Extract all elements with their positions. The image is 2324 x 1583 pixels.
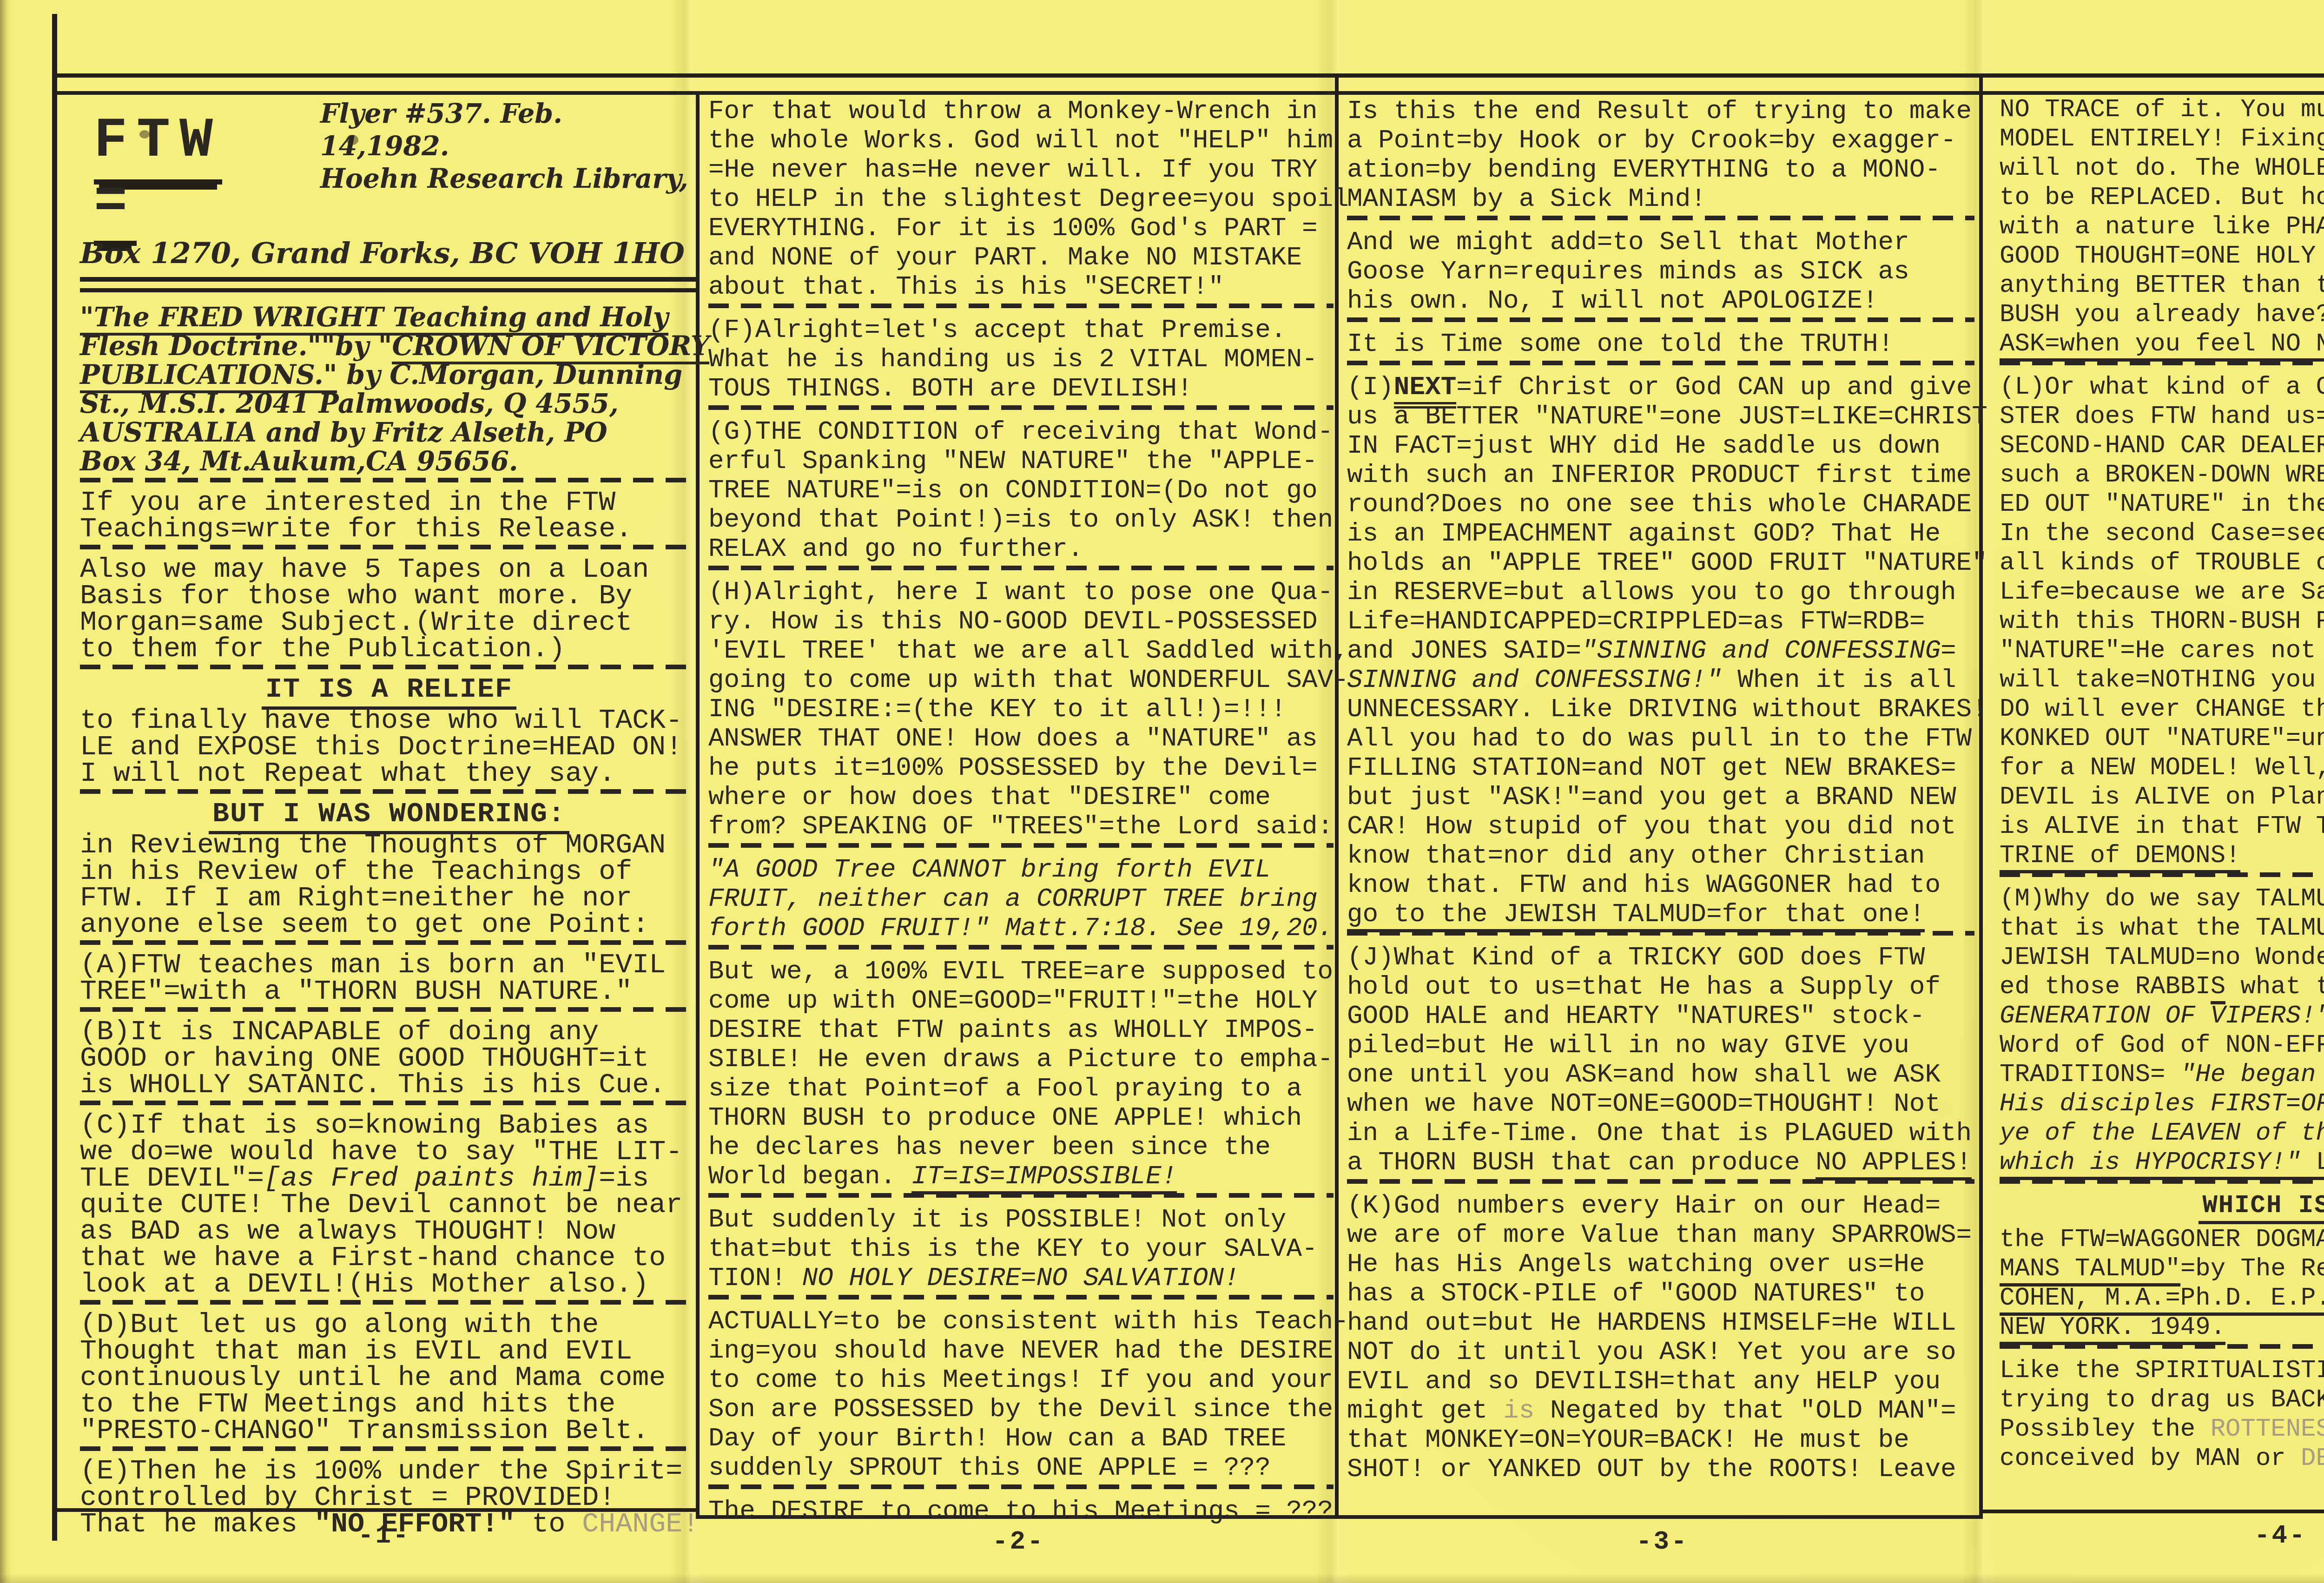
section-heading-text: BUT I WAS WONDERING:: [209, 798, 569, 834]
text-segment: "by ": [321, 330, 392, 362]
text-segment: World began.: [708, 1161, 911, 1191]
text-segment: might get: [1347, 1396, 1487, 1425]
text-line: ED OUT "NATURE" in the first Case.: [2000, 490, 2324, 519]
dashed-separator: [80, 789, 698, 794]
text-line: ACTUALLY=to be consistent with his Teach…: [708, 1307, 1334, 1336]
text-line: we are of more Value than many SPARROWS=: [1347, 1220, 1974, 1250]
text-segment: what they were:: [2225, 973, 2324, 1001]
text-line: Is this the end Result of trying to make: [1347, 97, 1974, 126]
text-line: he puts it=100% POSSESSED by the Devil=: [708, 753, 1334, 783]
text-segment: Negated by that "OLD MAN"=: [1550, 1396, 1956, 1425]
text-line: suddenly SPROUT this ONE APPLE = ???: [708, 1453, 1334, 1483]
text-line: anyone else seem to get one Point:: [80, 912, 698, 938]
text-segment: DEVILS =: [2301, 1444, 2324, 1473]
dashed-separator: [80, 478, 698, 482]
text-line: is WHOLLY SATANIC. This is his Cue.: [80, 1072, 698, 1099]
text-line: a Point=by Hook or by Crook=by exagger-: [1347, 126, 1974, 155]
text-line: that is what the TALMUD TEACHES=the: [2000, 914, 2324, 943]
column-2: For that would throw a Monkey-Wrench int…: [708, 97, 1334, 1533]
text-line: FILLING STATION=and NOT get NEW BRAKES=: [1347, 753, 1974, 783]
text-segment: Palmwoods: [319, 388, 485, 419]
ftw-logo: FTW =: [94, 110, 222, 246]
paragraph-block: ACTUALLY=to be consistent with his Teach…: [708, 1307, 1334, 1489]
text-line: (B)It is INCAPABLE of doing any: [80, 1019, 698, 1046]
text-line: "NATURE"=He cares not how LONG it: [2000, 636, 2324, 666]
text-line: in a Life-Time. One that is PLAGUED with: [1347, 1119, 1974, 1148]
text-line: is ALIVE in that FTW TALMUDIC DOC-: [2000, 812, 2324, 841]
text-line: piled=but He will in no way GIVE you: [1347, 1031, 1974, 1060]
text-line: "The FRED WRIGHT Teaching and Holy: [80, 303, 698, 332]
text-line: (I)NEXT=if Christ or God CAN up and give: [1347, 373, 1974, 402]
section-heading: IT IS A RELIEF: [80, 677, 698, 703]
paragraph-block: (L)Or what kind of a CROCODILE MON-STER …: [2000, 373, 2324, 877]
text-segment: That he makes: [80, 1509, 314, 1540]
paragraph-block: And we might add=to Sell that MotherGoos…: [1347, 228, 1974, 322]
section-heading: BUT I WAS WONDERING:: [80, 801, 698, 828]
dashed-separator: [80, 665, 698, 669]
text-line: (A)FTW teaches man is born an "EVIL: [80, 952, 698, 979]
text-line: (K)God numbers every Hair on our Head=: [1347, 1191, 1974, 1220]
text-line: THORN BUSH to produce ONE APPLE! which: [708, 1103, 1334, 1133]
library-line: Hoehn Research Library,: [320, 163, 698, 195]
text-segment: , Q 4555,: [485, 388, 619, 419]
text-segment: a THORN BUSH that can produce: [1347, 1148, 1816, 1177]
text-line: (L)Or what kind of a CROCODILE MON-: [2000, 373, 2324, 402]
text-line: RELAX and go no further.: [708, 534, 1334, 564]
text-line: (C)If that is so=knowing Babies as: [80, 1113, 698, 1139]
text-line: SHOT! or YANKED OUT by the ROOTS! Leave: [1347, 1455, 1974, 1484]
paragraph-block: "A GOOD Tree CANNOT bring forth EVILFRUI…: [708, 855, 1334, 950]
text-line: Teachings=write for this Release.: [80, 516, 698, 543]
text-line: PUBLICATIONS." by C.Morgan, Dunning: [80, 361, 698, 389]
text-line: Like the SPIRITUALISTIC "YAHVISTS": [2000, 1356, 2324, 1385]
text-line: ANSWER THAT ONE! How does a "NATURE" as: [708, 724, 1334, 753]
dashed-separator: [80, 1101, 698, 1105]
text-line: with a nature like PHARAOH=have ONE: [2000, 212, 2324, 242]
text-line: EVIL and so DEVILISH=that any HELP you: [1347, 1367, 1974, 1396]
text-line: TION! NO HOLY DESIRE=NO SALVATION!: [708, 1264, 1334, 1293]
flyer-number-line: Flyer #537. Feb. 14,1982.: [320, 98, 698, 163]
text-segment: Flesh Doctrine.": [80, 330, 321, 362]
text-line: DEVIL is ALIVE on Planet Earth=he: [2000, 783, 2324, 812]
text-line: will not do. The WHOLE "NATURE" has: [2000, 154, 2324, 183]
text-line: know that. FTW and his WAGGONER had to: [1347, 871, 1974, 900]
text-line: GOOD HALE and HEARTY "NATURES" stock-: [1347, 1002, 1974, 1031]
dashed-separator: [708, 405, 1334, 410]
column-1: "The FRED WRIGHT Teaching and HolyFlesh …: [80, 303, 698, 1545]
text-line: "A GOOD Tree CANNOT bring forth EVIL: [708, 855, 1334, 884]
text-line: continuously until he and Mama come: [80, 1365, 698, 1392]
text-line: he declares has never been since the: [708, 1133, 1334, 1162]
text-line: has a STOCK-PILE of "GOOD NATURES" to: [1347, 1279, 1974, 1308]
text-line: TRINE of DEMONS!: [2000, 841, 2324, 871]
text-line: to the FTW Meetings and hits the: [80, 1392, 698, 1418]
text-line: LE and EXPOSE this Doctrine=HEAD ON!: [80, 734, 698, 761]
text-segment: When it is all: [1722, 665, 1956, 695]
paragraph-block: (M)Why do we say TALMUDIC? Becausethat i…: [2000, 884, 2324, 1184]
text-line: ry. How is this NO-GOOD DEVIL-POSSESSED: [708, 607, 1334, 636]
text-line: Life=because we are Saddled down: [2000, 578, 2324, 607]
text-line: size that Point=of a Fool praying to a: [708, 1074, 1334, 1103]
paragraph-block: It is Time some one told the TRUTH!: [1347, 330, 1974, 365]
text-line: when we have NOT=ONE=GOOD=THOUGHT! Not: [1347, 1089, 1974, 1119]
text-segment: ed those RABBI: [2000, 973, 2211, 1001]
column-divider-3: [1979, 73, 1983, 1519]
text-line: such a BROKEN-DOWN WRECK=of a CONK-: [2000, 461, 2324, 490]
text-line: to them for the Publication.): [80, 636, 698, 663]
paragraph-block: (K)God numbers every Hair on our Head=we…: [1347, 1191, 1974, 1484]
text-segment: "NO EFFORT!": [314, 1509, 515, 1540]
column-divider-2: [1335, 73, 1339, 1519]
script-block: "The FRED WRIGHT Teaching and HolyFlesh …: [80, 303, 698, 482]
text-line: where or how does that "DESIRE" come: [708, 783, 1334, 812]
text-line: in RESERVE=but allows you to go through: [1347, 578, 1974, 607]
rule-bottom-col3: [1335, 1515, 1983, 1519]
section-heading-text: WHICH IS: [2199, 1192, 2324, 1224]
text-segment: go to the JEWISH TALMUD=for that one!: [1347, 899, 1925, 932]
text-line: For that would throw a Monkey-Wrench in: [708, 97, 1334, 126]
text-line: ye of the LEAVEN of the PHARISEES,: [2000, 1119, 2324, 1148]
text-line: Possibley the ROTTENEST BOOK ever: [2000, 1415, 2324, 1444]
page-number-1: -1-: [358, 1521, 410, 1550]
text-line: forth GOOD FRUIT!" Matt.7:18. See 19,20.: [708, 914, 1334, 943]
text-line: What he is handing us is 2 VITAL MOMEN-: [708, 345, 1334, 374]
masthead-double-rule: [80, 277, 698, 292]
text-segment: (I): [1347, 372, 1394, 402]
text-line: GENERATION OF VIPERS!"=who make the: [2000, 1002, 2324, 1031]
text-line: and NONE of your PART. Make NO MISTAKE: [708, 243, 1334, 272]
text-line: In the second Case=sees us go through: [2000, 519, 2324, 548]
text-line: SINNING and CONFESSING!" When it is all: [1347, 666, 1974, 695]
text-line: DO will ever CHANGE that USELESS: [2000, 695, 2324, 724]
text-line: ing=you should have NEVER had the DESIRE: [708, 1336, 1334, 1365]
column-4: NO TRACE of it. You must have a NEWMODEL…: [2000, 95, 2324, 1481]
page-number-2: -2-: [992, 1527, 1045, 1557]
dashed-separator: [1347, 361, 1974, 365]
text-segment: SINNING and CONFESSING!": [1347, 665, 1722, 695]
text-line: to HELP in the slightest Degree=you spoi…: [708, 185, 1334, 214]
paragraph-block: (H)Alright, here I want to pose one Qua-…: [708, 578, 1334, 848]
text-segment: ye of the LEAVEN of the PHARISEES,: [2000, 1119, 2324, 1148]
text-line: Basis for those who want more. By: [80, 583, 698, 610]
paragraph-block: in Reviewing the Thoughts of MORGANin hi…: [80, 832, 698, 945]
text-line: TRADITIONS= "He began to say unto: [2000, 1060, 2324, 1089]
paragraph-block: (G)THE CONDITION of receiving that Wond-…: [708, 417, 1334, 570]
text-segment: and JONES SAID=: [1347, 636, 1581, 666]
text-line: going to come up with that WONDERFUL SAV…: [708, 666, 1334, 695]
section-heading: WHICH IS: [2000, 1191, 2324, 1220]
text-segment: which is HYPOCRISY!": [2000, 1148, 2301, 1180]
text-line: us a BETTER "NATURE"=one JUST=LIKE=CHRIS…: [1347, 402, 1974, 431]
text-line: (M)Why do we say TALMUDIC? Because: [2000, 884, 2324, 914]
text-line: his own. No, I will not APOLOGIZE!: [1347, 286, 1974, 316]
text-line: (J)What Kind of a TRICKY GOD does FTW: [1347, 943, 1974, 972]
text-line: that=but this is the KEY to your SALVA-: [708, 1234, 1334, 1264]
text-line: IN FACT=just WHY did He saddle us down: [1347, 431, 1974, 461]
text-line: But suddenly it is POSSIBLE! Not only: [708, 1205, 1334, 1234]
text-segment: =if Christ or God CAN up and give: [1456, 372, 1972, 402]
text-line: Life=HANDICAPPED=CRIPPLED=as FTW=RDB=: [1347, 607, 1974, 636]
dashed-separator: [708, 843, 1334, 848]
text-line: "PRESTO-CHANGO" Transmission Belt.: [80, 1418, 698, 1444]
text-line: erful Spanking "NEW NATURE" the "APPLE-: [708, 447, 1334, 476]
text-segment: "A GOOD Tree CANNOT bring forth EVIL: [708, 855, 1271, 884]
paragraph-block: (B)It is INCAPABLE of doing anyGOOD or h…: [80, 1019, 698, 1105]
text-line: (E)Then he is 100% under the Spirit=: [80, 1458, 698, 1485]
text-line: If you are interested in the FTW: [80, 490, 698, 516]
text-segment: the FTW=WAGGONER DOGMA. From: [2000, 1226, 2324, 1254]
text-segment: Possibley the: [2000, 1415, 2211, 1444]
text-segment: ROTTENEST BOOK ever: [2211, 1415, 2324, 1444]
text-line: TREE"=with a "THORN BUSH NATURE.": [80, 979, 698, 1005]
dashed-separator: [708, 1295, 1334, 1299]
text-segment: TION!: [708, 1263, 802, 1293]
text-segment: by C.Morgan, Dunning: [337, 359, 682, 390]
text-segment: FRUIT, neither can a CORRUPT TREE bring: [708, 884, 1318, 914]
text-line: MODEL ENTIRELY! Fixing the BRAKES: [2000, 125, 2324, 154]
rule-bottom-col4: [1979, 1510, 2324, 1513]
text-line: beyond that Point!)=is to only ASK! then: [708, 505, 1334, 534]
dashed-separator: [80, 940, 698, 945]
scan-edge-left: [0, 0, 12, 1583]
paragraph-block: If you are interested in the FTWTeaching…: [80, 490, 698, 549]
paragraph-block: Like the SPIRITUALISTIC "YAHVISTS"trying…: [2000, 1356, 2324, 1473]
paragraph-block: But suddenly it is POSSIBLE! Not onlytha…: [708, 1205, 1334, 1299]
paragraph-block: (F)Alright=let's accept that Premise.Wha…: [708, 316, 1334, 410]
flyer-page: FTW = Flyer #537. Feb. 14,1982. Hoehn Re…: [0, 0, 2324, 1583]
text-line: The DESIRE to come to his Meetings = ???: [708, 1497, 1334, 1526]
paragraph-block: The DESIRE to come to his Meetings = ???: [708, 1497, 1334, 1526]
page-number-4: -4-: [2254, 1521, 2307, 1550]
masthead-row: FTW = Flyer #537. Feb. 14,1982. Hoehn Re…: [80, 98, 698, 233]
dashed-separator: [1347, 216, 1974, 220]
text-line: a THORN BUSH that can produce NO APPLES!: [1347, 1148, 1974, 1177]
text-line: that we have a First-hand chance to: [80, 1245, 698, 1272]
text-line: FRUIT, neither can a CORRUPT TREE bring: [708, 884, 1334, 914]
text-line: all kinds of TROUBLE on the Road of: [2000, 548, 2324, 578]
text-line: SECOND-HAND CAR DEALER=who sold us: [2000, 431, 2324, 461]
text-line: STER does FTW hand us=worse than a: [2000, 402, 2324, 431]
text-segment: NO HOLY DESIRE=NO SALVATION!: [802, 1263, 1240, 1293]
text-line: (G)THE CONDITION of receiving that Wond-: [708, 417, 1334, 447]
text-line: go to the JEWISH TALMUD=for that one!: [1347, 900, 1974, 929]
text-line: the whole Works. God will not "HELP" him: [708, 126, 1334, 155]
text-line: NEW YORK. 1949.: [2000, 1313, 2324, 1342]
text-segment: Like the SPIRITUALISTIC: [2000, 1357, 2324, 1385]
text-line: (D)But let us go along with the: [80, 1312, 698, 1339]
paragraph-block: to finally have those who will TACK-LE a…: [80, 708, 698, 794]
text-line: COHEN, M.A.=Ph.D. E.P.DUTTON & CO.,: [2000, 1284, 2324, 1313]
text-line: NO TRACE of it. You must have a NEW: [2000, 95, 2324, 125]
text-line: It is Time some one told the TRUTH!: [1347, 330, 1974, 359]
text-line: in his Review of the Teachings of: [80, 859, 698, 885]
dashed-separator: [708, 945, 1334, 950]
text-line: to finally have those who will TACK-: [80, 708, 698, 734]
text-line: He has His Angels watching over us=He: [1347, 1250, 1974, 1279]
text-line: hold out to us=that He has a Supply of: [1347, 972, 1974, 1002]
paragraph-block: (D)But let us go along with theThought t…: [80, 1312, 698, 1451]
dashed-separator: [80, 1007, 698, 1012]
text-line: with such an INFERIOR PRODUCT first time: [1347, 461, 1974, 490]
text-segment: CHANGE!: [582, 1509, 699, 1540]
text-line: Goose Yarn=requires minds as SICK as: [1347, 257, 1974, 286]
paragraph-block: Is this the end Result of trying to make…: [1347, 97, 1974, 220]
text-line: as BAD as we always THOUGHT! Now: [80, 1219, 698, 1245]
text-line: the FTW=WAGGONER DOGMA. From "EVERY-: [2000, 1225, 2324, 1254]
paragraph-block: (J)What Kind of a TRICKY GOD does FTWhol…: [1347, 943, 1974, 1184]
text-segment: trying to drag us BACK to the: [2000, 1386, 2324, 1414]
text-line: ation=by bending EVERYTHING to a MONO-: [1347, 155, 1974, 185]
text-segment: MANS TALMUD": [2000, 1255, 2180, 1286]
paragraph-block: (C)If that is so=knowing Babies aswe do=…: [80, 1113, 698, 1305]
text-line: controlled by Christ = PROVIDED!: [80, 1485, 698, 1511]
text-line: TOUS THINGS. BOTH are DEVILISH!: [708, 374, 1334, 403]
paragraph-block: NO TRACE of it. You must have a NEWMODEL…: [2000, 95, 2324, 365]
text-line: GOOD THOUGHT=ONE HOLY DESIRE=to want: [2000, 242, 2324, 271]
text-line: will take=NOTHING you may DO or CAN: [2000, 666, 2324, 695]
text-segment: TRADITIONS=: [2000, 1061, 2180, 1089]
text-line: I will not Repeat what they say.: [80, 761, 698, 787]
text-line: GOOD or having ONE GOOD THOUGHT=it: [80, 1046, 698, 1072]
text-line: World began. IT=IS=IMPOSSIBLE!: [708, 1162, 1334, 1191]
column-3: Is this the end Result of trying to make…: [1347, 97, 1974, 1491]
text-segment: "SINNING and CONFESSING=: [1581, 636, 1956, 666]
dashed-separator: [1347, 317, 1974, 322]
dashed-separator: [708, 566, 1334, 570]
text-line: Word of God of NON-EFFECT by their: [2000, 1031, 2324, 1060]
text-line: but just "ASK!"=and you get a BRAND NEW: [1347, 783, 1974, 812]
text-line: MANS TALMUD"=by The Rev. Dr. A.: [2000, 1254, 2324, 1284]
text-segment: "He began to say unto: [2180, 1061, 2324, 1089]
text-segment: ASK=when you feel NO NEED?: [2000, 330, 2324, 362]
text-line: MANIASM by a Sick Mind!: [1347, 185, 1974, 214]
text-line: we do=we would have to say "THE LIT-: [80, 1139, 698, 1166]
text-line: from? SPEAKING OF "TREES"=the Lord said:: [708, 812, 1334, 841]
text-line: look at a DEVIL!(His Mother also.): [80, 1272, 698, 1298]
text-line: CAR! How stupid of you that you did not: [1347, 812, 1974, 841]
text-line: (H)Alright, here I want to pose one Qua-: [708, 578, 1334, 607]
paragraph-block: (A)FTW teaches man is born an "EVILTREE"…: [80, 952, 698, 1012]
text-segment: His disciples FIRST=OF=ALL,: [2000, 1090, 2324, 1118]
paragraph-block: (I)NEXT=if Christ or God CAN up and give…: [1347, 373, 1974, 936]
text-segment: NEW YORK. 1949.: [2000, 1313, 2225, 1345]
text-line: =He never has=He never will. If you TRY: [708, 155, 1334, 185]
rule-left: [52, 14, 57, 1541]
text-line: to be REPLACED. But how can you =: [2000, 183, 2324, 212]
text-segment: Luke 12:1.: [2301, 1148, 2324, 1180]
text-segment: TRINE of DEMONS!: [2000, 842, 2240, 873]
text-line: with this THORN-BUSH PRICKLY-PINE: [2000, 607, 2324, 636]
text-line: know that=nor did any other Christian: [1347, 841, 1974, 871]
text-line: AUSTRALIA and by Fritz Alseth, PO: [80, 418, 698, 447]
text-line: SIBLE! He even draws a Picture to empha-: [708, 1045, 1334, 1074]
text-segment: St., M.S.I. 2041: [80, 388, 319, 419]
dashed-separator: [80, 1446, 698, 1451]
paragraph-block: the FTW=WAGGONER DOGMA. From "EVERY-MANS…: [2000, 1225, 2324, 1349]
text-line: NOT do it until you ASK! Yet you are so: [1347, 1338, 1974, 1367]
text-line: conceived by MAN or DEVILS =: [2000, 1444, 2324, 1473]
text-line: (F)Alright=let's accept that Premise.: [708, 316, 1334, 345]
text-segment: =by The Rev. Dr. A.: [2180, 1255, 2324, 1283]
text-segment: NO APPLES!: [1816, 1148, 1972, 1181]
text-line: JEWISH TALMUD=no Wonder Christ call-: [2000, 943, 2324, 972]
text-line: Day of your Birth! How can a BAD TREE: [708, 1424, 1334, 1453]
paragraph-block: For that would throw a Monkey-Wrench int…: [708, 97, 1334, 308]
text-line: come up with ONE=GOOD="FRUIT!"=the HOLY: [708, 986, 1334, 1016]
text-line: Box 34, Mt.Aukum,CA 95656.: [80, 447, 698, 476]
text-line: TLE DEVIL"=[as Fred paints him]=is: [80, 1166, 698, 1192]
text-line: which is HYPOCRISY!" Luke 12:1.: [2000, 1148, 2324, 1177]
text-line: 'EVIL TREE' that we are all Saddled with…: [708, 636, 1334, 666]
text-segment: is: [1487, 1396, 1550, 1425]
ftw-logo-wrap: FTW =: [80, 98, 320, 233]
text-line: Also we may have 5 Tapes on a Loan: [80, 557, 698, 583]
masthead: FTW = Flyer #537. Feb. 14,1982. Hoehn Re…: [80, 98, 698, 300]
text-line: is an IMPEACHMENT against GOD? That He: [1347, 519, 1974, 548]
text-line: Morgan=same Subject.(Write direct: [80, 610, 698, 636]
text-line: and JONES SAID="SINNING and CONFESSING=: [1347, 636, 1974, 666]
text-line: for a NEW MODEL! Well, Sir = if the: [2000, 753, 2324, 783]
dashed-separator: [80, 1300, 698, 1305]
text-line: BUSH you already have?How shall you: [2000, 300, 2324, 330]
page-number-3: -3-: [1636, 1527, 1689, 1557]
text-line: round?Does no one see this whole CHARADE: [1347, 490, 1974, 519]
text-line: one until you ASK=and how shall we ASK: [1347, 1060, 1974, 1089]
text-line: ASK=when you feel NO NEED?: [2000, 330, 2324, 359]
text-line: trying to drag us BACK to the TALMUD: [2000, 1385, 2324, 1415]
text-segment: S: [2211, 973, 2225, 1004]
text-line: TREE NATURE"=is on CONDITION=(Do not go: [708, 476, 1334, 505]
text-line: KONKED OUT "NATURE"=until you ASK: [2000, 724, 2324, 753]
text-line: All you had to do was pull in to the FTW: [1347, 724, 1974, 753]
text-line: hand out=but He HARDENS HIMSELF=He WILL: [1347, 1308, 1974, 1338]
text-segment: IT=IS=IMPOSSIBLE!: [911, 1161, 1177, 1194]
text-segment: GENERATION OF VIPERS!": [2000, 1002, 2324, 1030]
text-line: about that. This is his "SECRET!": [708, 272, 1334, 302]
text-line: that MONKEY=ON=YOUR=BACK! He must be: [1347, 1425, 1974, 1455]
section-heading-text: IT IS A RELIEF: [262, 674, 516, 710]
text-segment: forth GOOD FRUIT!" Matt.7:18. See 19,20.: [708, 913, 1333, 943]
text-line: EVERYTHING. For it is 100% God's PART =: [708, 214, 1334, 243]
text-segment: conceived by MAN or: [2000, 1444, 2301, 1473]
address-line: Box 1270, Grand Forks, BC VOH 1HO: [80, 236, 698, 270]
text-line: in Reviewing the Thoughts of MORGAN: [80, 832, 698, 859]
text-line: might get is Negated by that "OLD MAN"=: [1347, 1396, 1974, 1425]
text-line: But we, a 100% EVIL TREE=are supposed to: [708, 957, 1334, 986]
dashed-separator: [708, 303, 1334, 308]
text-line: quite CUTE! The Devil cannot be near: [80, 1192, 698, 1219]
dashed-separator: [708, 1484, 1334, 1489]
text-line: DESIRE that FTW paints as WHOLLY IMPOS-: [708, 1016, 1334, 1045]
text-segment: COHEN, M.A.=Ph.D. E.P.DUTTON & CO.,: [2000, 1284, 2324, 1316]
text-line: ed those RABBIS what they were:"A: [2000, 972, 2324, 1002]
text-line: anything BETTER than the OLD THORN: [2000, 271, 2324, 300]
text-line: holds an "APPLE TREE" GOOD FRUIT "NATURE…: [1347, 548, 1974, 578]
text-line: And we might add=to Sell that Mother: [1347, 228, 1974, 257]
text-segment: to: [515, 1509, 582, 1540]
paragraph-block: Also we may have 5 Tapes on a LoanBasis …: [80, 557, 698, 669]
paragraph-block: But we, a 100% EVIL TREE=are supposed to…: [708, 957, 1334, 1198]
text-line: His disciples FIRST=OF=ALL,"BEWARE: [2000, 1089, 2324, 1119]
text-line: to come to his Meetings! If you and your: [708, 1365, 1334, 1395]
rule-top-outer: [52, 73, 2324, 78]
text-line: St., M.S.I. 2041 Palmwoods, Q 4555,: [80, 389, 698, 418]
text-line: Son are POSSESSED by the Devil since the: [708, 1395, 1334, 1424]
text-line: Thought that man is EVIL and EVIL: [80, 1339, 698, 1365]
dashed-separator: [80, 545, 698, 549]
text-line: UNNECESSARY. Like DRIVING without BRAKES…: [1347, 695, 1974, 724]
masthead-right: Flyer #537. Feb. 14,1982. Hoehn Research…: [320, 98, 698, 195]
